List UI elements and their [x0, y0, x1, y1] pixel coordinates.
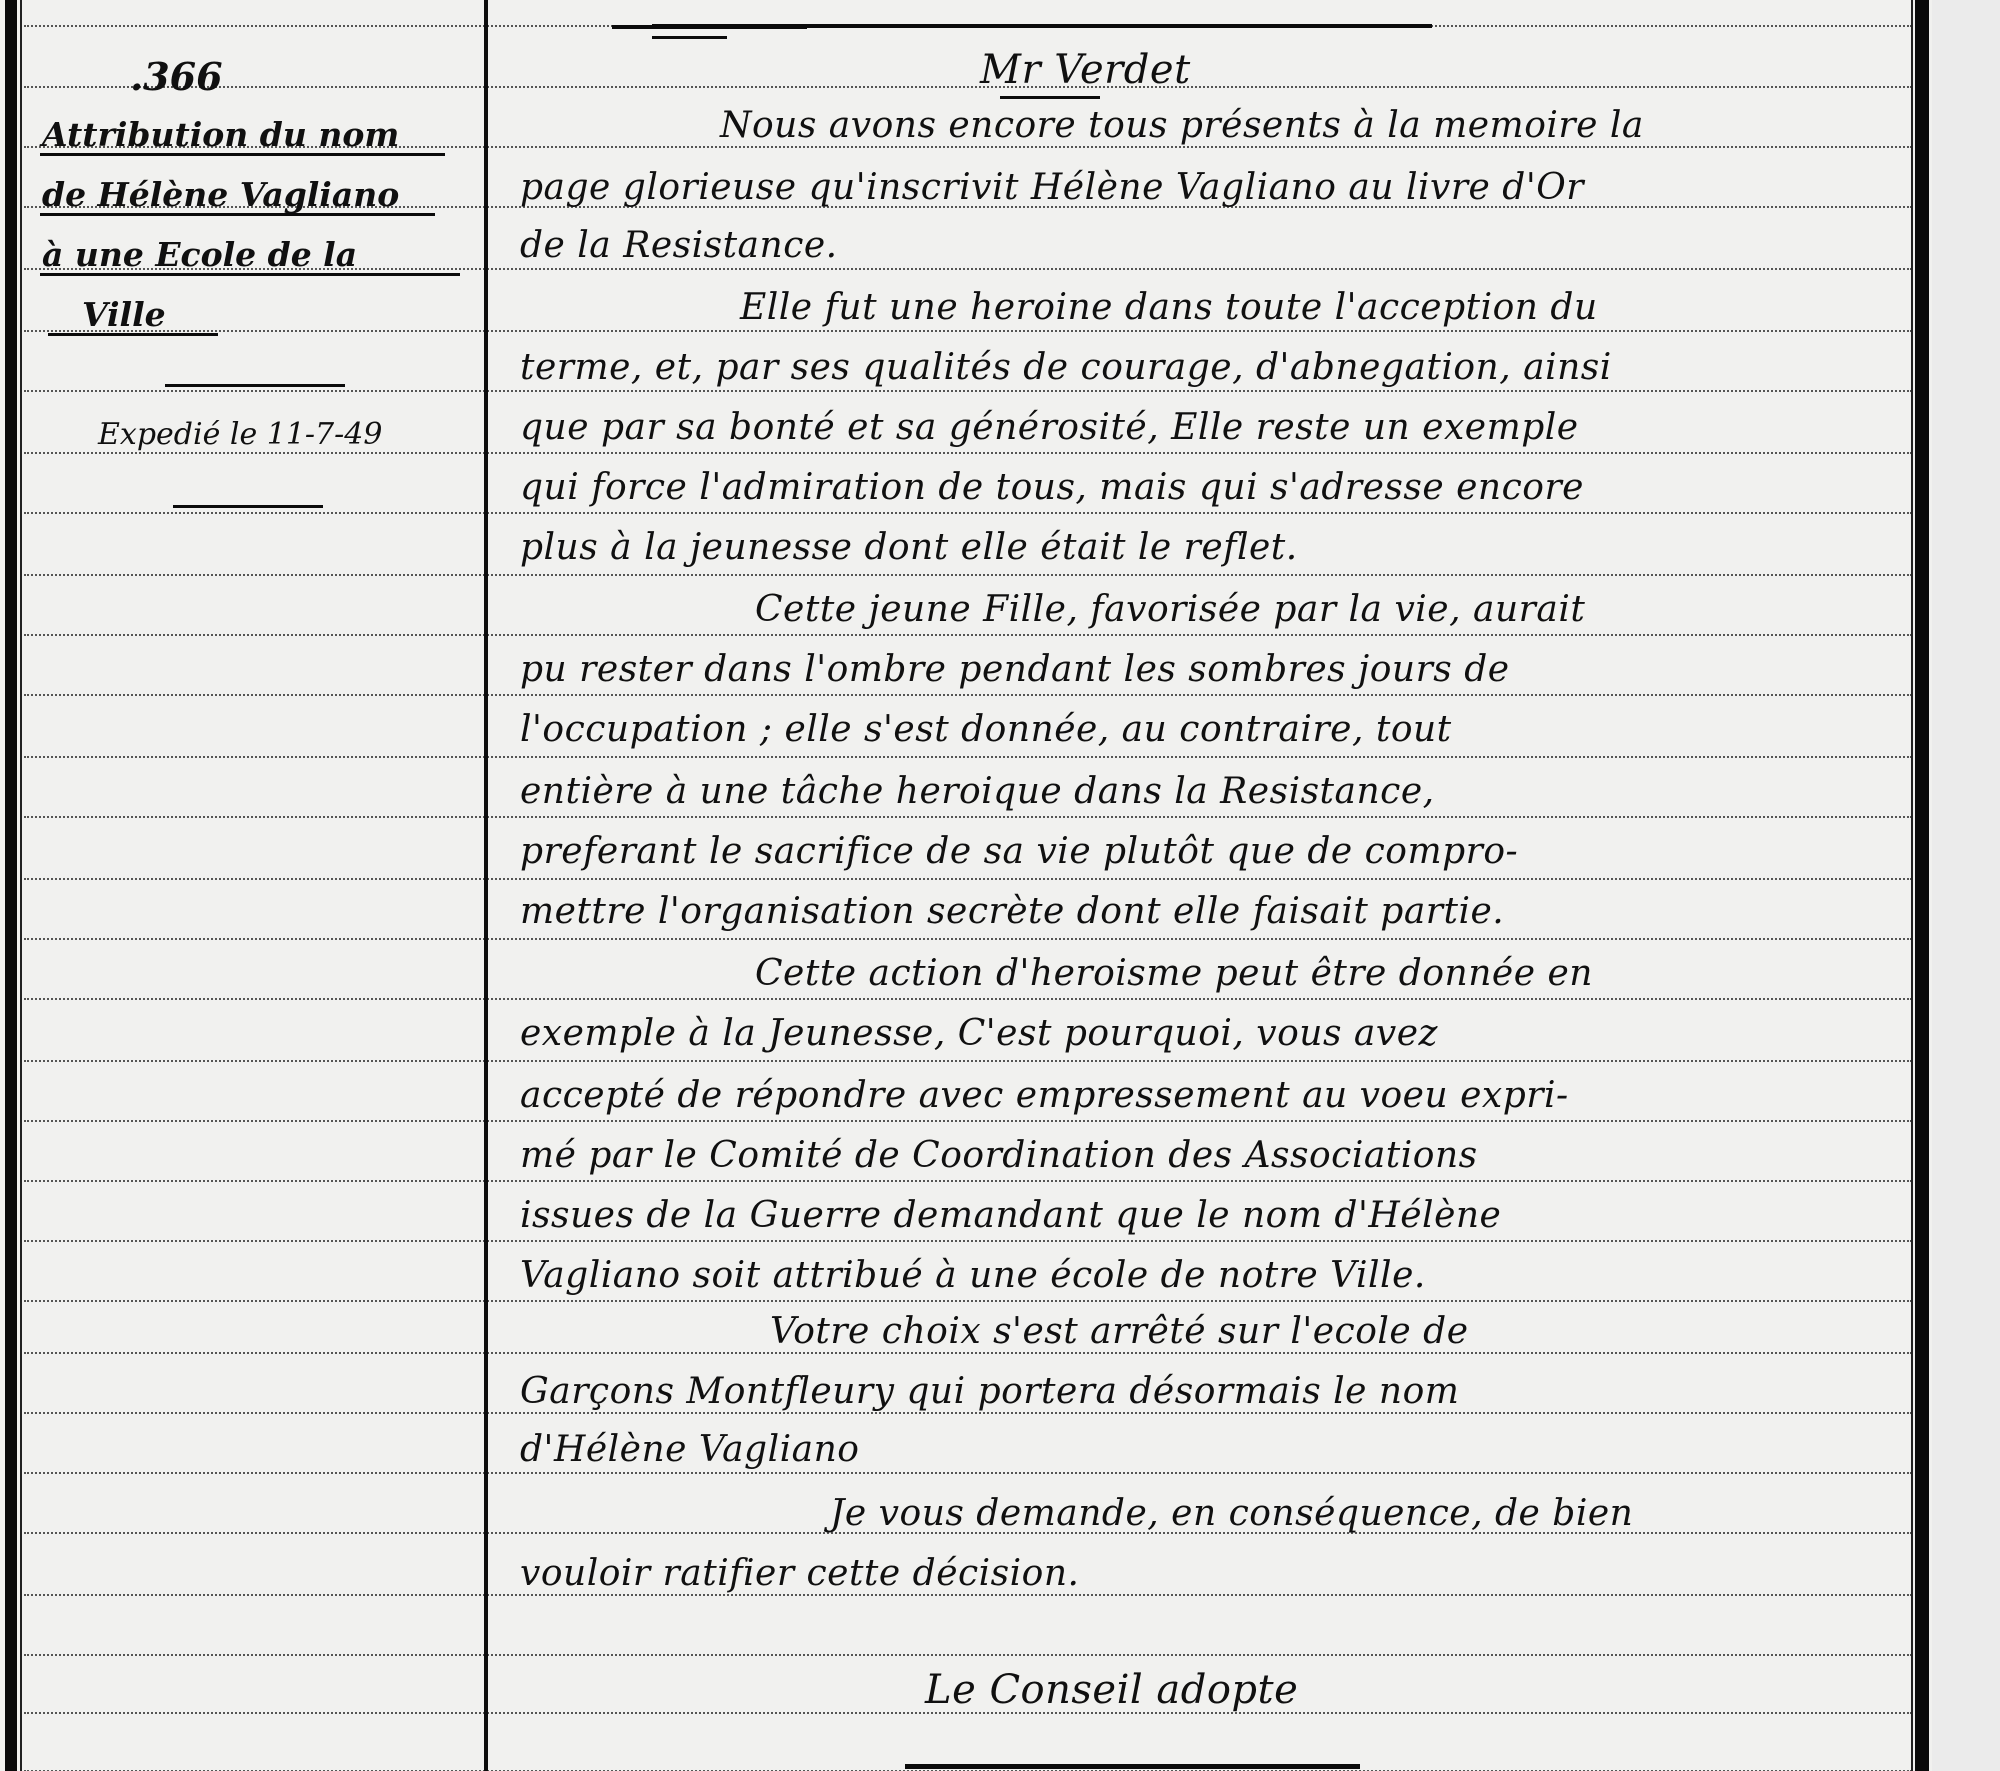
ruled-line	[24, 1300, 1912, 1302]
ruled-line	[24, 938, 1912, 940]
speaker-name: Mr Verdet	[980, 50, 1191, 90]
speech-line: page glorieuse qu'inscrivit Hélène Vagli…	[520, 170, 1584, 206]
speech-line: Garçons Montfleury qui portera désormais…	[520, 1374, 1459, 1410]
left-border-thin	[20, 0, 22, 1771]
ruled-line	[24, 452, 1912, 454]
ruled-line	[24, 1060, 1912, 1062]
closing-rule	[905, 1764, 1360, 1769]
ruled-line	[24, 694, 1912, 696]
speech-line: Elle fut une heroine dans toute l'accept…	[740, 290, 1598, 326]
margin-column-divider	[484, 0, 488, 1771]
speech-line: exemple à la Jeunesse, C'est pourquoi, v…	[520, 1016, 1438, 1052]
speech-line: Cette action d'heroisme peut être donnée…	[755, 956, 1593, 992]
speech-line: vouloir ratifier cette décision.	[520, 1556, 1079, 1592]
ruled-line	[24, 330, 1912, 332]
speech-line: d'Hélène Vagliano	[520, 1432, 859, 1468]
speech-line: de la Resistance.	[520, 228, 838, 264]
ruled-line	[24, 1180, 1912, 1182]
speech-line: plus à la jeunesse dont elle était le re…	[520, 530, 1298, 566]
speech-line: issues de la Guerre demandant que le nom…	[520, 1198, 1501, 1234]
subject-underline-1	[40, 153, 445, 156]
speech-line: terme, et, par ses qualités de courage, …	[520, 350, 1612, 386]
left-border-thick	[5, 0, 17, 1771]
ruled-line	[24, 816, 1912, 818]
ruled-line	[24, 998, 1912, 1000]
speech-line: l'occupation ; elle s'est donnée, au con…	[520, 712, 1452, 748]
header-rule	[652, 24, 1432, 28]
ruled-line	[24, 86, 1912, 88]
speech-line: mé par le Comité de Coordination des Ass…	[520, 1138, 1478, 1174]
speech-line: Votre choix s'est arrêté sur l'ecole de	[770, 1314, 1469, 1350]
right-border-thick	[1915, 0, 1929, 1771]
speech-line: preferant le sacrifice de sa vie plutôt …	[520, 834, 1518, 870]
entry-number: .366	[130, 58, 223, 96]
speech-line: que par sa bonté et sa générosité, Elle …	[520, 410, 1579, 446]
subject-line-2: de Hélène Vagliano	[42, 178, 399, 211]
subject-line-3: à une Ecole de la	[42, 238, 357, 271]
speech-line: Vagliano soit attribué à une école de no…	[520, 1258, 1426, 1294]
speaker-underline	[1000, 96, 1100, 99]
speech-line: entière à une tâche heroique dans la Res…	[520, 774, 1435, 810]
ruled-line	[24, 1472, 1912, 1474]
speech-line: accepté de répondre avec empressement au…	[520, 1078, 1569, 1114]
speech-line: mettre l'organisation secrète dont elle …	[520, 894, 1504, 930]
right-border-thin	[1911, 0, 1913, 1771]
speech-line: pu rester dans l'ombre pendant les sombr…	[520, 652, 1510, 688]
ruled-line	[24, 1352, 1912, 1354]
speech-line: Cette jeune Fille, favorisée par la vie,…	[755, 592, 1585, 628]
subject-line-4: Ville	[82, 298, 166, 331]
dispatch-note: Expedié le 11-7-49	[98, 420, 382, 450]
ruled-line	[24, 878, 1912, 880]
margin-separator-top	[165, 384, 345, 387]
council-resolution: Le Conseil adopte	[925, 1670, 1298, 1710]
ruled-line	[24, 1594, 1912, 1596]
subject-underline-3	[40, 273, 460, 276]
margin-separator-bottom	[173, 505, 323, 508]
ruled-line	[24, 1120, 1912, 1122]
subject-underline-4	[48, 333, 218, 336]
subject-line-1: Attribution du nom	[42, 118, 399, 151]
ruled-line	[24, 574, 1912, 576]
page-outside-area	[1932, 0, 2000, 1771]
speech-line: Je vous demande, en conséquence, de bien	[830, 1496, 1633, 1532]
ruled-line	[24, 512, 1912, 514]
subject-underline-2	[40, 213, 435, 216]
ruled-line	[24, 1240, 1912, 1242]
ruled-line	[24, 634, 1912, 636]
speech-line: Nous avons encore tous présents à la mem…	[720, 108, 1644, 144]
ruled-line	[24, 756, 1912, 758]
ruled-line	[24, 390, 1912, 392]
header-rule-short	[652, 36, 727, 39]
speech-line: qui force l'admiration de tous, mais qui…	[520, 470, 1584, 506]
ruled-line	[24, 1654, 1912, 1656]
ruled-line	[24, 1412, 1912, 1414]
